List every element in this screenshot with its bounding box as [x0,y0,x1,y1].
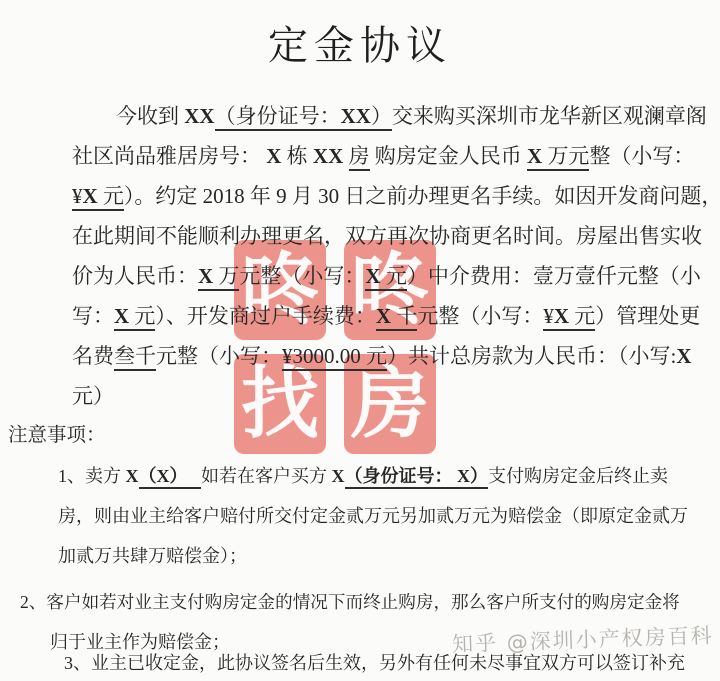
text-line: 在此期间不能顺利办理更名，双方再次协商更名时间。房屋出售实收 [72,216,710,256]
text-line: 加贰万共肆万赔偿金）； [58,536,712,576]
text-line: 元） [72,376,710,416]
text-line: 房，则由业主给客户赔付所交付定金贰万元另加贰万元为赔偿金（即原定金贰万 [58,496,712,536]
text-line: 2、客户如若对业主支付购房定金的情况下而终止购房，那么客户所支付的购房定金将 [20,582,712,622]
text-line: 写：X 元）、开发商过户手续费：X 千元整（小写：¥X 元）管理处更 [72,296,710,336]
text-line: 社区尚品雅居房号： X 栋 XX 房 购房定金人民币 X 万元整（小写： [72,136,710,176]
deposit-agreement-document: 咚咚找房 定金协议 今收到 XX（身份证号：XX）交来购买深圳市龙华新区观澜章阁… [0,0,720,681]
text-line: 价为人民币：X 万元整（小写：X 元）中介费用：壹万壹仟元整（小 [72,256,710,296]
notes-header: 注意事项： [0,416,712,456]
text-line: 名费叁千元整（小写：¥3000.00 元）共计总房款为人民币：（小写:X [72,336,710,376]
page-title: 定金协议 [0,14,720,71]
agreement-body: 今收到 XX（身份证号：XX）交来购买深圳市龙华新区观澜章阁社区尚品雅居房号： … [72,96,710,416]
text-line: ¥X 元）。约定 2018 年 9 月 30 日之前办理更名手续。如因开发商问题… [72,176,710,216]
text-line: 1、卖方 X（X） 如若在客户买方 X（身份证号： X）支付购房定金后终止卖 [58,456,712,496]
text-line: 今收到 XX（身份证号：XX）交来购买深圳市龙华新区观澜章阁 [72,96,710,136]
